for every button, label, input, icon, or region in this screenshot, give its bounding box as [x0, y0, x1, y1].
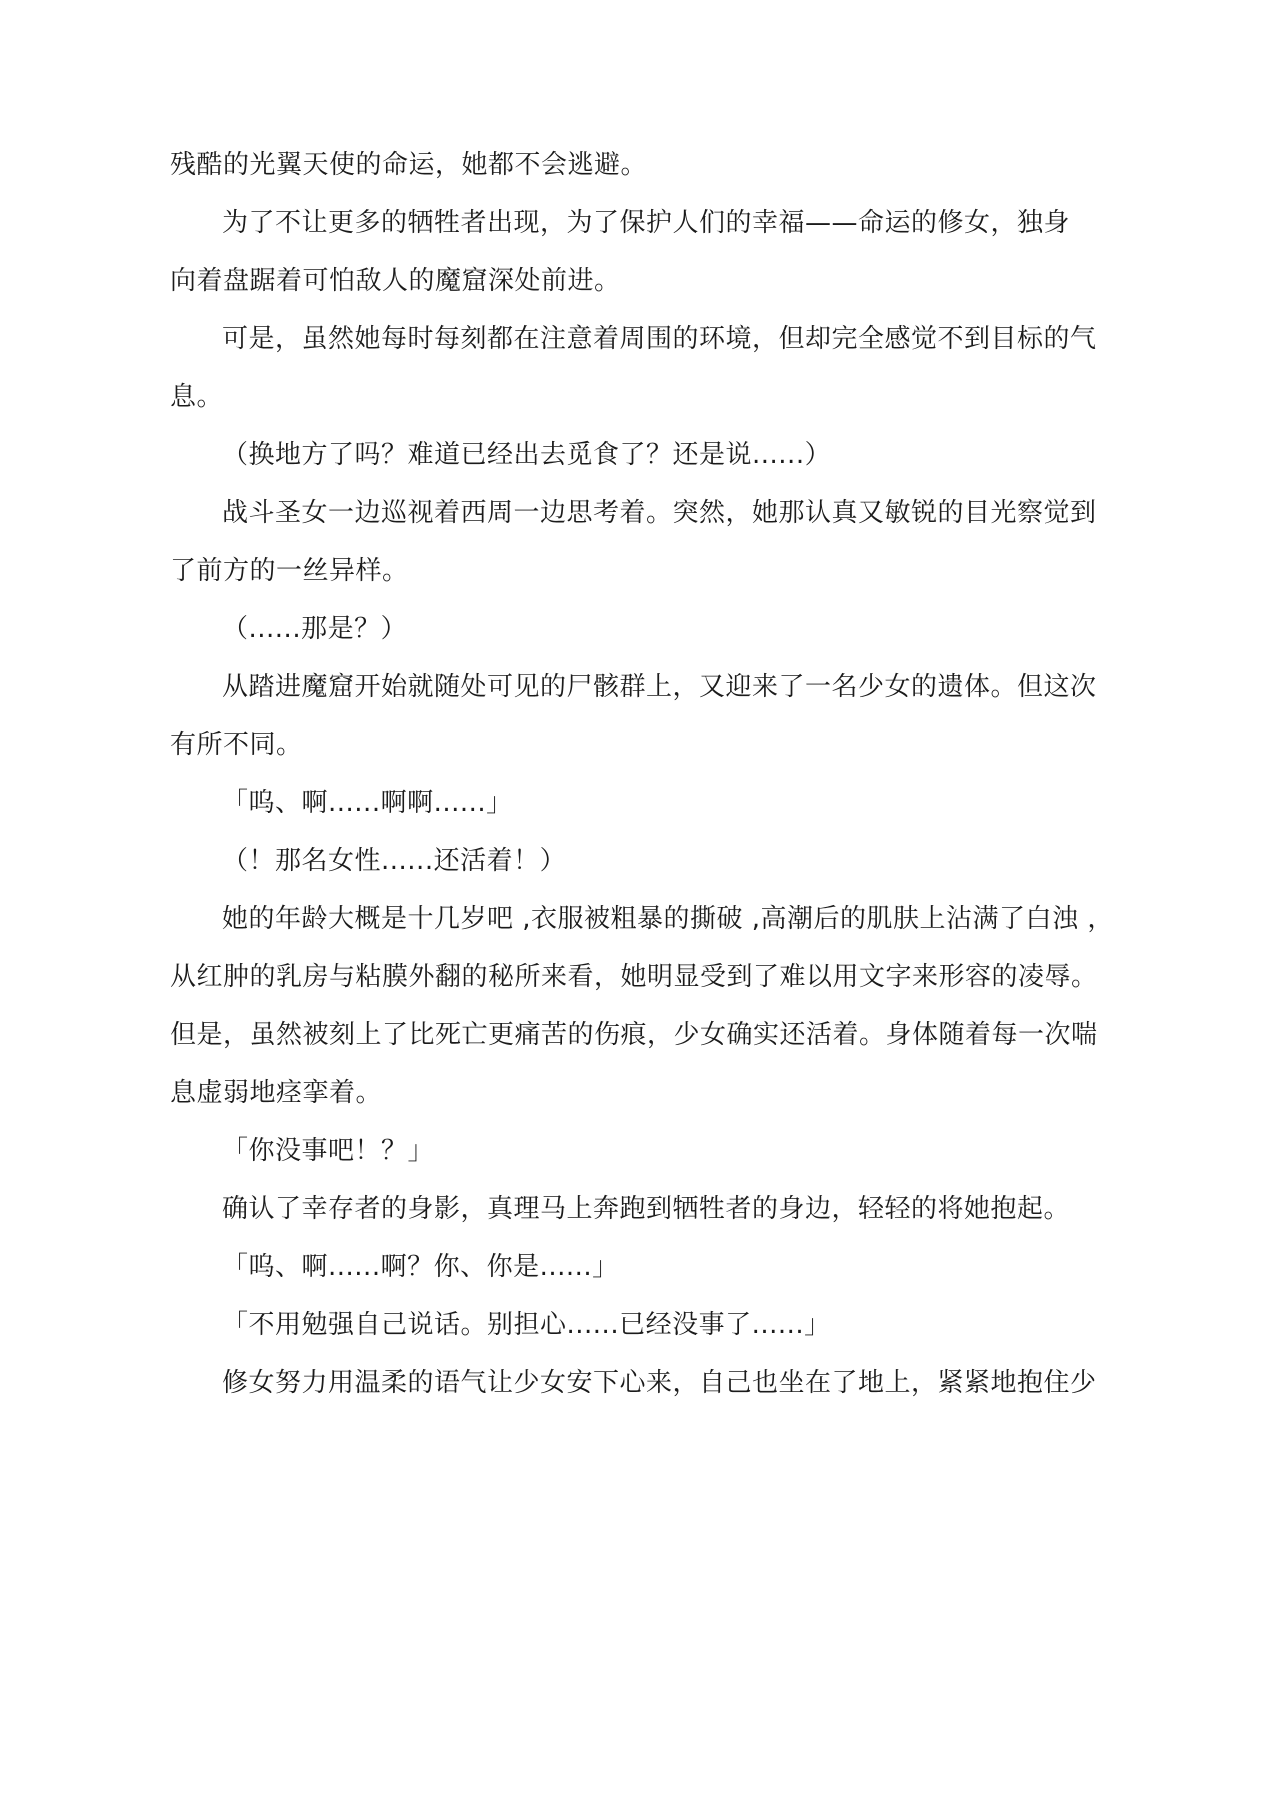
- text-content: 残酷的光翼天使的命运，她都不会逃避。为了不让更多的牺牲者出现，为了保护人们的幸福…: [170, 136, 1180, 1412]
- text-line: 可是，虽然她每时每刻都在注意着周围的环境，但却完全感觉不到目标的气: [170, 310, 1180, 368]
- text-line: 残酷的光翼天使的命运，她都不会逃避。: [170, 136, 1180, 194]
- text-line: 「你没事吧！？」: [170, 1122, 1180, 1180]
- text-line: 确认了幸存者的身影，真理马上奔跑到牺牲者的身边，轻轻的将她抱起。: [170, 1180, 1180, 1238]
- text-line: 为了不让更多的牺牲者出现，为了保护人们的幸福——命运的修女，独身: [170, 194, 1180, 252]
- text-line: （......那是？）: [170, 600, 1180, 658]
- text-line: 向着盘踞着可怕敌人的魔窟深处前进。: [170, 252, 1180, 310]
- text-line: 修女努力用温柔的语气让少女安下心来，自己也坐在了地上，紧紧地抱住少: [170, 1354, 1180, 1412]
- text-line: 她的年龄大概是十几岁吧 ,衣服被粗暴的撕破 ,高潮后的肌肤上沾满了白浊 ，: [170, 890, 1180, 948]
- text-line: 「不用勉强自己说话。别担心......已经没事了......」: [170, 1296, 1180, 1354]
- text-line: 战斗圣女一边巡视着西周一边思考着。突然，她那认真又敏锐的目光察觉到: [170, 484, 1180, 542]
- text-line: （换地方了吗？难道已经出去觅食了？还是说......）: [170, 426, 1180, 484]
- text-line: 息。: [170, 368, 1180, 426]
- document-page: 残酷的光翼天使的命运，她都不会逃避。为了不让更多的牺牲者出现，为了保护人们的幸福…: [0, 0, 1280, 1811]
- text-line: 有所不同。: [170, 716, 1180, 774]
- text-line: 息虚弱地痉挛着。: [170, 1064, 1180, 1122]
- text-line: 从踏进魔窟开始就随处可见的尸骸群上，又迎来了一名少女的遗体。但这次: [170, 658, 1180, 716]
- text-line: 从红肿的乳房与粘膜外翻的秘所来看，她明显受到了难以用文字来形容的凌辱。: [170, 948, 1180, 1006]
- text-line: 了前方的一丝异样。: [170, 542, 1180, 600]
- text-line: 「呜、啊......啊？你、你是......」: [170, 1238, 1180, 1296]
- text-line: 但是，虽然被刻上了比死亡更痛苦的伤痕，少女确实还活着。身体随着每一次喘: [170, 1006, 1180, 1064]
- text-line: （！那名女性......还活着！）: [170, 832, 1180, 890]
- text-line: 「呜、啊......啊啊......」: [170, 774, 1180, 832]
